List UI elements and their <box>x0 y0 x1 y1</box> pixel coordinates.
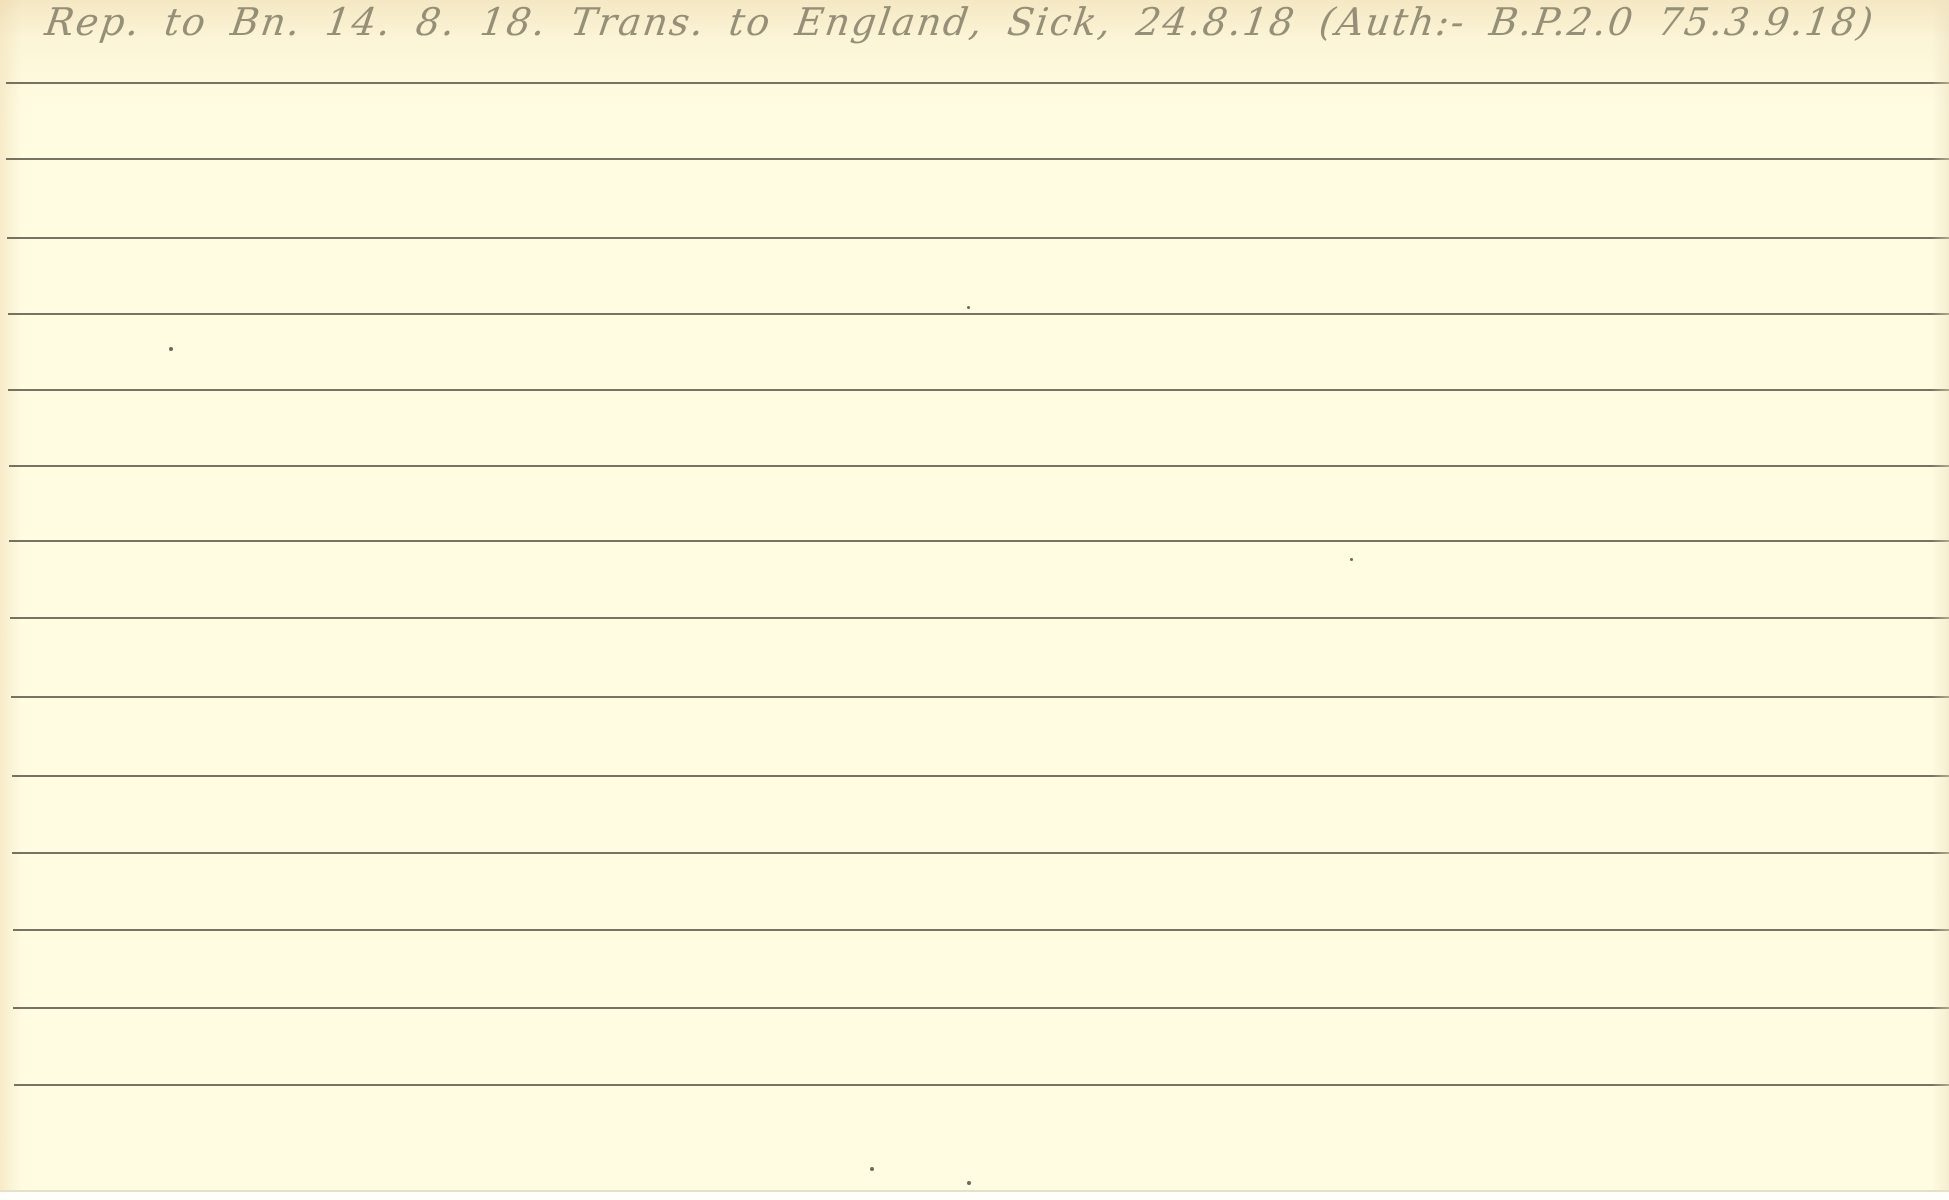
ruled-line <box>14 1084 1949 1086</box>
ruled-line <box>12 775 1949 777</box>
handwritten-entry: Rep. to Bn. 14. 8. 18. Trans. to England… <box>40 2 1948 62</box>
ruled-line <box>12 852 1949 854</box>
scan-margin <box>0 1192 1949 1200</box>
paper-speck <box>967 306 970 309</box>
paper-speck <box>169 347 173 351</box>
paper-speck <box>870 1167 874 1171</box>
ruled-line <box>7 237 1949 239</box>
paper-speck <box>967 1181 971 1185</box>
record-card: Rep. to Bn. 14. 8. 18. Trans. to England… <box>0 0 1949 1192</box>
ruled-line <box>8 389 1949 391</box>
ruled-line <box>8 313 1949 315</box>
ruled-line <box>10 617 1949 619</box>
ruled-line <box>9 465 1949 467</box>
ruled-line <box>9 540 1949 542</box>
ruled-line <box>6 82 1949 84</box>
ruled-line <box>13 1007 1949 1009</box>
ruled-line <box>13 929 1949 931</box>
ruled-line <box>11 696 1949 698</box>
paper-speck <box>1350 558 1353 561</box>
ruled-line <box>6 158 1949 160</box>
